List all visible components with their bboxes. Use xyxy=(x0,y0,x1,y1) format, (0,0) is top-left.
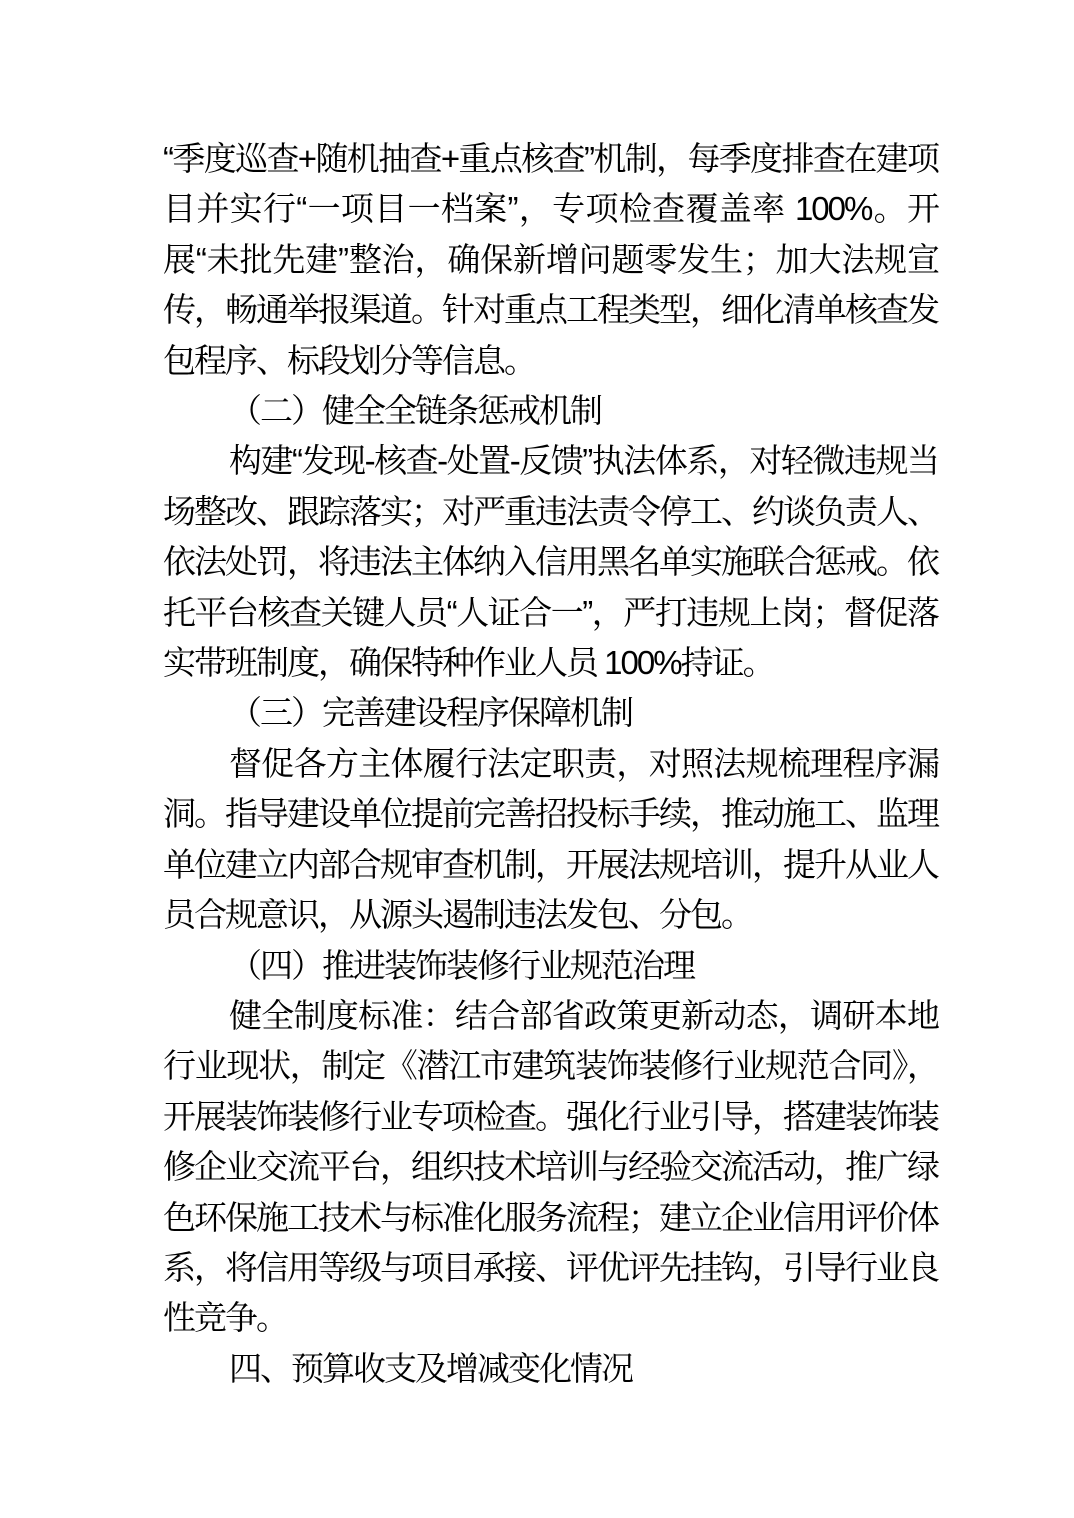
subsection-heading-2: （二）健全全链条惩戒机制 xyxy=(163,386,938,436)
section-heading-4: 四、预算收支及增减变化情况 xyxy=(163,1344,938,1394)
paragraph-section-3-body: 督促各方主体履行法定职责，对照法规梳理程序漏洞。指导建设单位提前完善招投标手续，… xyxy=(163,739,938,941)
document-page: “季度巡查+随机抽查+重点核查”机制，每季度排查在建项目并实行“一项目一档案”，… xyxy=(0,0,1074,1518)
subsection-heading-4: （四）推进装饰装修行业规范治理 xyxy=(163,941,938,991)
paragraph-section-2-body: 构建“发现-核查-处置-反馈”执法体系，对轻微违规当场整改、跟踪落实；对严重违法… xyxy=(163,436,938,688)
document-body: “季度巡查+随机抽查+重点核查”机制，每季度排查在建项目并实行“一项目一档案”，… xyxy=(163,134,938,1394)
paragraph-continued: “季度巡查+随机抽查+重点核查”机制，每季度排查在建项目并实行“一项目一档案”，… xyxy=(163,134,938,386)
paragraph-section-4-body: 健全制度标准：结合部省政策更新动态，调研本地行业现状，制定《潜江市建筑装饰装修行… xyxy=(163,991,938,1344)
subsection-heading-3: （三）完善建设程序保障机制 xyxy=(163,688,938,738)
